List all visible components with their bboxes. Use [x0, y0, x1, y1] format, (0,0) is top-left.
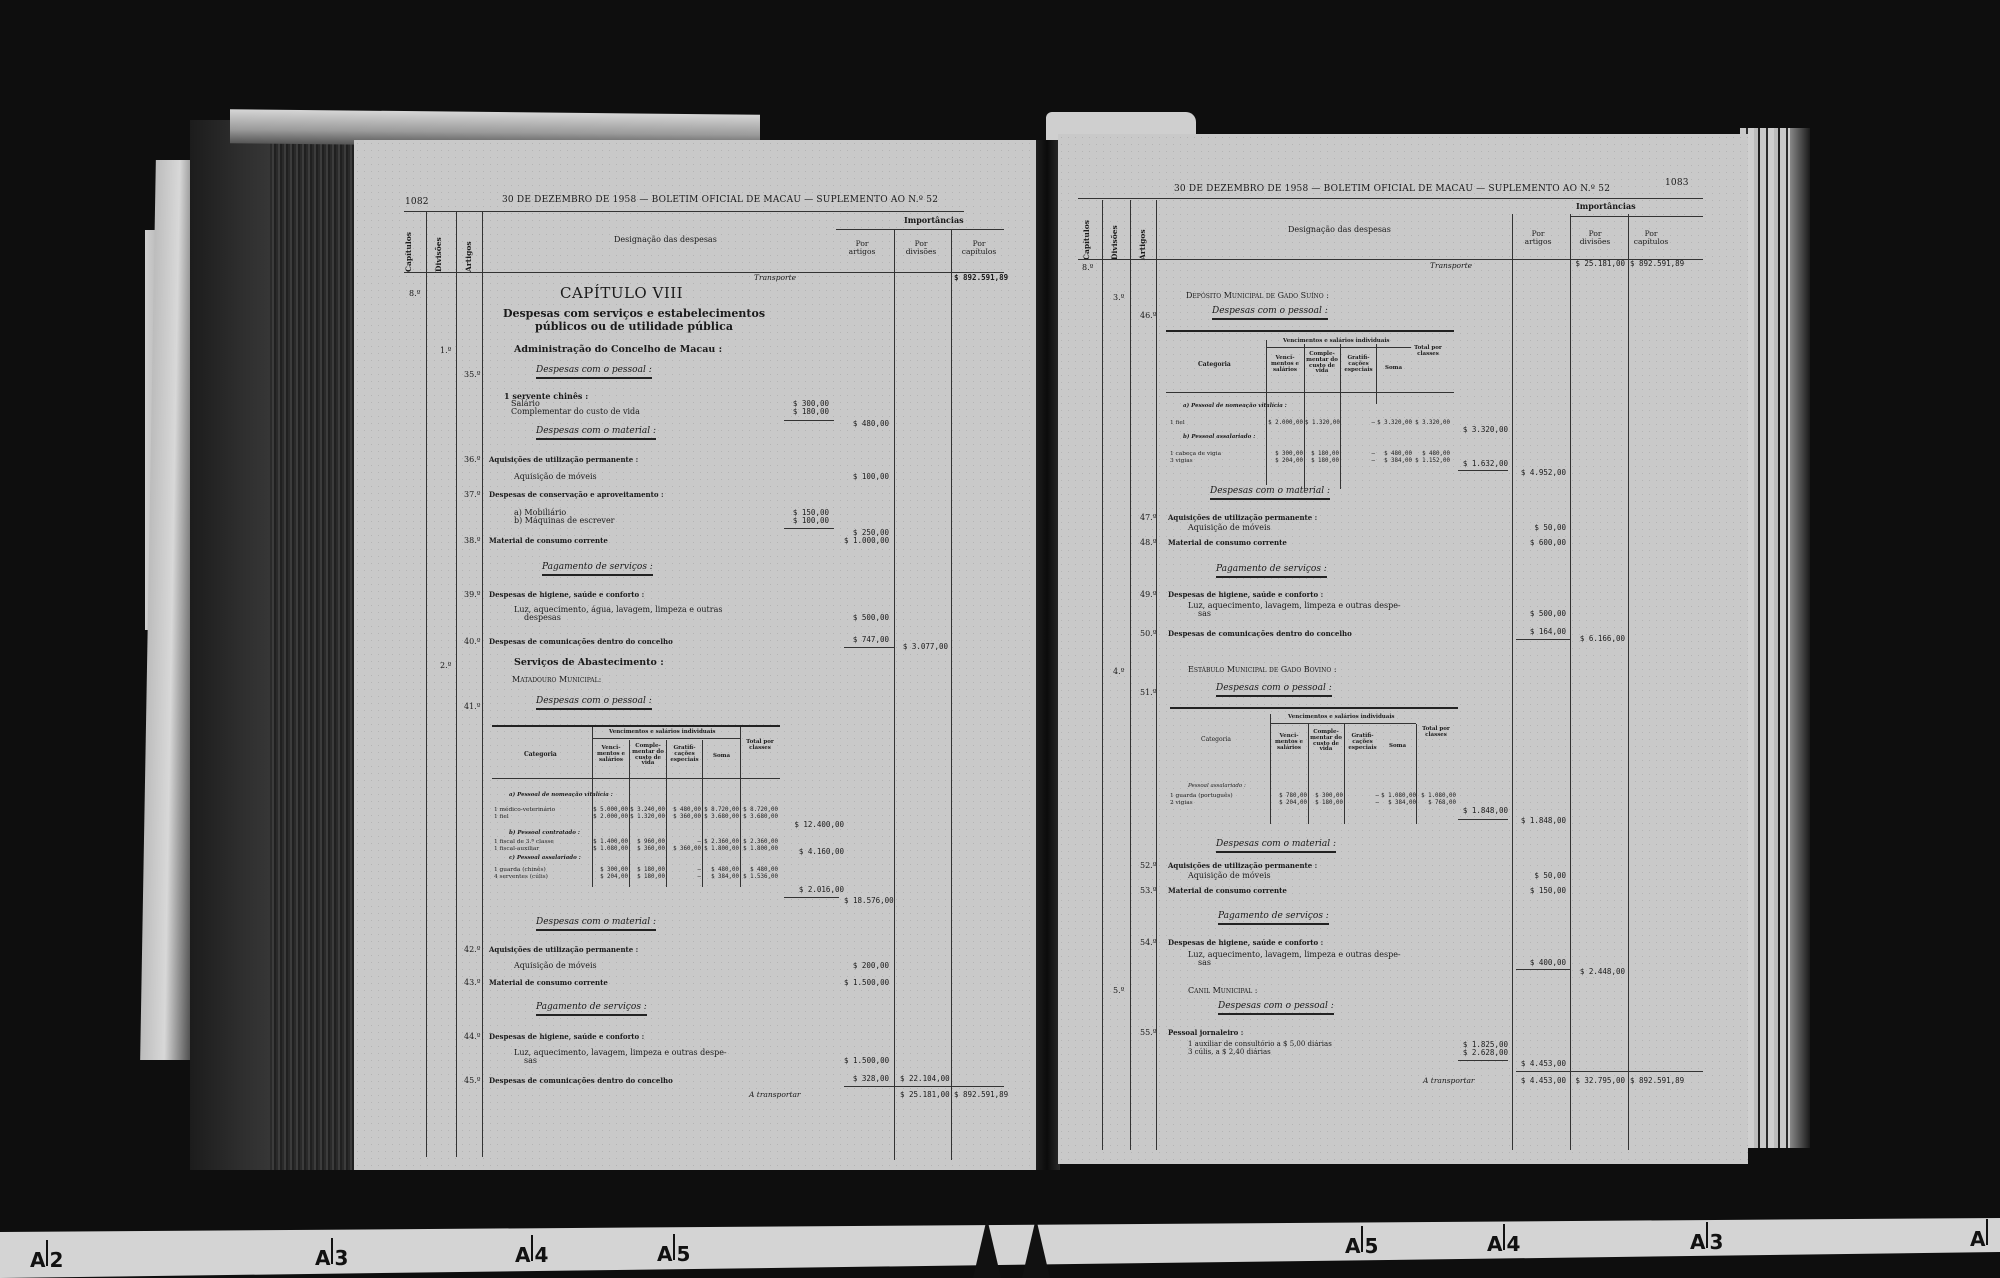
- article-number: 54.º: [1140, 939, 1156, 947]
- line-label: Material de consumo corrente: [489, 979, 608, 986]
- table-header: Soma: [1376, 366, 1411, 372]
- a-transportar-label: A transportar: [1423, 1077, 1475, 1085]
- line-value: $ 747,00: [844, 636, 889, 644]
- line-value: $ 164,00: [1516, 628, 1566, 636]
- capitulo-number: 8.º: [409, 290, 420, 298]
- section-heading: Pagamento de serviços :: [542, 563, 653, 576]
- line-label: sas: [1198, 959, 1211, 967]
- division-number: 2.º: [440, 662, 451, 670]
- section-heading: Despesas com o pessoal :: [1218, 1002, 1334, 1015]
- table-header: Vencimentos e salários individuais: [1283, 339, 1390, 345]
- table-cell-value: —: [1341, 452, 1375, 458]
- line-label: Luz, aquecimento, lavagem, limpeza e out…: [514, 1049, 727, 1057]
- col-por-artigos: Por artigos: [842, 240, 882, 255]
- table-header: Categoria: [1198, 362, 1231, 368]
- table-cell-value: $ 204,00: [593, 875, 628, 881]
- line-value: $ 50,00: [1516, 524, 1566, 532]
- table-cell-value: —: [667, 868, 701, 874]
- article-number: 35.º: [464, 371, 480, 379]
- table-cell-value: $ 2.000,00: [1267, 421, 1303, 427]
- film-marker-right: A: [1970, 1219, 1989, 1251]
- article-total: $ 1.848,00: [1516, 817, 1566, 825]
- col-divisoes: Divisões: [434, 237, 443, 272]
- table-cell-value: $ 180,00: [630, 875, 665, 881]
- table-cell-value: $ 480,00: [1376, 452, 1412, 458]
- table-cell-value: $ 480,00: [703, 868, 739, 874]
- table-header: Venci- mentos e salários: [1271, 734, 1307, 751]
- col-por-capitulos: Por capítulos: [1628, 230, 1674, 245]
- table-cell-category: 1 fiel: [1170, 421, 1185, 427]
- capitulo-title: CAPÍTULO VIII: [560, 286, 683, 301]
- division-number: 5.º: [1113, 987, 1124, 995]
- line-label: b) Máquinas de escrever: [514, 517, 615, 525]
- film-marker-right: A3: [1690, 1222, 1723, 1254]
- table-cell-value: $ 360,00: [667, 847, 701, 853]
- page-number: 1082: [405, 198, 429, 207]
- table-cell-value: —: [667, 875, 701, 881]
- article-number: 43.º: [464, 979, 480, 987]
- line-value: $ 200,00: [844, 962, 889, 970]
- article-number: 36.º: [464, 456, 480, 464]
- section-heading: Pagamento de serviços :: [1216, 565, 1327, 578]
- table-header: Venci- mentos e salários: [1267, 356, 1303, 373]
- line-label: sas: [524, 1057, 537, 1065]
- line-value: $ 1.500,00: [844, 979, 889, 987]
- line-label: Despesas de conservação e aproveitamento…: [489, 491, 664, 498]
- table-cell-value: $ 480,00: [742, 868, 778, 874]
- line-label: Despesas de comunicações dentro do conce…: [489, 638, 673, 645]
- division-total: $ 2.448,00: [1573, 968, 1625, 976]
- table-cell-category: 1 fiscal-auxiliar: [494, 847, 539, 853]
- film-marker-right: A4: [1487, 1224, 1520, 1256]
- table-cell-value: $ 204,00: [1271, 801, 1307, 807]
- line-label: Aquisições de utilização permanente :: [489, 456, 638, 463]
- table-subtotal: $ 4.160,00: [794, 848, 844, 856]
- line-label: 1 auxiliar de consultório a $ 5,00 diári…: [1188, 1041, 1332, 1048]
- article-number: 41.º: [464, 703, 480, 711]
- line-label: Material de consumo corrente: [489, 537, 608, 544]
- line-label: Despesas de higiene, saúde e conforto :: [489, 591, 644, 598]
- table-header: Total por classes: [1410, 346, 1446, 358]
- subsection-title: Estábulo Municipal de Gado Bovino :: [1188, 666, 1337, 674]
- article-number: 48.º: [1140, 539, 1156, 547]
- table-cell-value: $ 1.320,00: [1305, 421, 1339, 427]
- a-transportar-chapters: $ 892.591,89: [954, 1091, 1002, 1099]
- table-cell-value: $ 180,00: [1305, 459, 1339, 465]
- table-cell-value: —: [1341, 459, 1375, 465]
- table-subtotal: $ 2.016,00: [794, 886, 844, 894]
- line-label: Luz, aquecimento, lavagem, limpeza e out…: [1188, 602, 1401, 610]
- line-label: Despesas de higiene, saúde e conforto :: [1168, 939, 1323, 946]
- film-marker-left: A2: [30, 1240, 63, 1272]
- table-header: Comple- mentar do custo de vida: [1305, 352, 1339, 375]
- table-header: Venci- mentos e salários: [593, 746, 629, 763]
- line-label: Aquisição de móveis: [1188, 524, 1271, 532]
- table-cell-value: $ 1.152,00: [1410, 459, 1450, 465]
- article-number: 49.º: [1140, 591, 1156, 599]
- table-group-label: b) Pessoal contratado :: [509, 831, 580, 837]
- section-heading: Despesas com o material :: [536, 918, 656, 931]
- line-label: Material de consumo corrente: [1168, 887, 1287, 894]
- table-group-label: c) Pessoal assalariado :: [509, 856, 581, 862]
- table-cell-value: $ 384,00: [1376, 459, 1412, 465]
- col-por-divisoes: Por divisões: [899, 240, 943, 255]
- line-value: $ 500,00: [1516, 610, 1566, 618]
- table-cell-value: $ 1.400,00: [593, 840, 628, 846]
- article-total: $ 4.952,00: [1516, 469, 1566, 477]
- line-label: Aquisição de móveis: [1188, 872, 1271, 880]
- book-gutter: [1034, 140, 1060, 1170]
- table-cell-value: $ 3.680,00: [742, 815, 778, 821]
- article-total: $ 480,00: [844, 420, 889, 428]
- section-heading: Despesas com o pessoal :: [536, 697, 652, 710]
- table-header: Categoria: [524, 752, 557, 758]
- line-label: Complementar do custo de vida: [511, 408, 640, 416]
- table-subtotal: $ 1.848,00: [1458, 807, 1508, 815]
- table-cell-value: $ 480,00: [667, 808, 701, 814]
- line-value: $ 400,00: [1516, 959, 1566, 967]
- line-label: Luz, aquecimento, lavagem, limpeza e out…: [1188, 951, 1401, 959]
- division-number: 4.º: [1113, 668, 1124, 676]
- col-importancias: Importâncias: [904, 216, 964, 224]
- table-header: Comple- mentar do custo de vida: [1309, 730, 1343, 753]
- division-number: 3.º: [1113, 294, 1124, 302]
- line-label: Aquisições de utilização permanente :: [489, 946, 638, 953]
- line-value: $ 50,00: [1516, 872, 1566, 880]
- table-cell-value: $ 1.536,00: [742, 875, 778, 881]
- table-cell-category: 1 médico-veterinário: [494, 808, 555, 814]
- subsection-title: Canil Municipal :: [1188, 987, 1257, 995]
- table-cell-value: $ 360,00: [667, 815, 701, 821]
- a-transportar-chapters: $ 892.591,89: [1630, 1077, 1682, 1085]
- table-cell-value: $ 1.800,00: [703, 847, 739, 853]
- table-cell-category: 1 guarda (chinês): [494, 868, 546, 874]
- article-number: 39.º: [464, 591, 480, 599]
- line-value: $ 1.500,00: [844, 1057, 889, 1065]
- line-value: $ 1.000,00: [844, 537, 889, 545]
- subsection-title: Depósito Municipal de Gado Suíno :: [1186, 292, 1329, 300]
- article-number: 37.º: [464, 491, 480, 499]
- running-head: 30 DE DEZEMBRO DE 1958 — BOLETIM OFICIAL…: [1174, 185, 1610, 194]
- col-capitulos: Capítulos: [404, 232, 413, 272]
- table-cell-value: $ 1.080,00: [1380, 794, 1416, 800]
- table-cell-category: 2 vigias: [1170, 801, 1193, 807]
- line-label: Despesas de higiene, saúde e conforto :: [489, 1033, 644, 1040]
- table-cell-category: 1 fiscal de 3.ª classe: [494, 840, 554, 846]
- line-label: despesas: [524, 614, 561, 622]
- transporte-chapters: $ 892.591,89: [1630, 260, 1682, 268]
- line-value: $ 100,00: [784, 517, 829, 525]
- line-label: 3 cúlis, a $ 2,40 diárias: [1188, 1049, 1271, 1056]
- table-cell-value: $ 8.720,00: [703, 808, 739, 814]
- table-cell-value: $ 780,00: [1271, 794, 1307, 800]
- article-number: 55.º: [1140, 1029, 1156, 1037]
- a-transportar-divisions: $ 32.795,00: [1573, 1077, 1625, 1085]
- table-cell-value: $ 180,00: [1305, 452, 1339, 458]
- table-cell-value: $ 3.320,00: [1376, 421, 1412, 427]
- book-edge-shadow: [1790, 128, 1810, 1148]
- col-designacao: Designação das despesas: [1288, 226, 1391, 234]
- line-label: sas: [1198, 610, 1211, 618]
- table-cell-category: 3 vigias: [1170, 459, 1193, 465]
- table-header: Soma: [703, 754, 740, 760]
- table-header: Gratifi- cações especiais: [667, 746, 702, 763]
- line-label: Despesas de higiene, saúde e conforto :: [1168, 591, 1323, 598]
- table-header: Comple- mentar do custo de vida: [630, 744, 666, 767]
- division-total: $ 22.104,00: [900, 1075, 948, 1083]
- line-label: Pessoal jornaleiro :: [1168, 1029, 1243, 1036]
- line-label: Despesas de comunicações dentro do conce…: [1168, 630, 1352, 637]
- line-label: Despesas de comunicações dentro do conce…: [489, 1077, 673, 1084]
- line-value: $ 150,00: [1516, 887, 1566, 895]
- table-header: Categoria: [1201, 737, 1231, 743]
- line-value: $ 2.628,00: [1458, 1049, 1508, 1057]
- table-cell-value: $ 3.240,00: [630, 808, 665, 814]
- section-heading: Despesas com o pessoal :: [1212, 307, 1328, 320]
- table-header: Gratifi- cações especiais: [1341, 356, 1376, 373]
- article-total: $ 18.576,00: [844, 897, 889, 905]
- film-marker-left: A5: [657, 1234, 690, 1266]
- running-head: 30 DE DEZEMBRO DE 1958 — BOLETIM OFICIAL…: [502, 196, 938, 205]
- table-cell-value: $ 2.360,00: [742, 840, 778, 846]
- table-cell-value: $ 360,00: [630, 847, 665, 853]
- table-cell-value: $ 1.320,00: [630, 815, 665, 821]
- article-total: $ 4.453,00: [1516, 1060, 1566, 1068]
- col-importancias: Importâncias: [1576, 202, 1636, 210]
- right-page: 30 DE DEZEMBRO DE 1958 — BOLETIM OFICIAL…: [1058, 134, 1748, 1164]
- division-total: $ 6.166,00: [1573, 635, 1625, 643]
- section-heading: Pagamento de serviços :: [536, 1003, 647, 1016]
- line-value: $ 500,00: [844, 614, 889, 622]
- transporte-divisions: $ 25.181,00: [1573, 260, 1625, 268]
- table-cell-value: $ 204,00: [1267, 459, 1303, 465]
- film-marker-left: A3: [315, 1238, 348, 1270]
- table-cell-value: $ 1.800,00: [742, 847, 778, 853]
- a-transportar-label: A transportar: [749, 1091, 801, 1099]
- table-cell-value: $ 180,00: [630, 868, 665, 874]
- film-notch-right: [1022, 1218, 1050, 1278]
- col-por-divisoes: Por divisões: [1573, 230, 1617, 245]
- division-title: Administração do Concelho de Macau :: [514, 345, 722, 355]
- table-cell-value: —: [1345, 794, 1379, 800]
- article-number: 51.º: [1140, 689, 1156, 697]
- table-header: Vencimentos e salários individuais: [1288, 715, 1395, 721]
- a-transportar-articles: $ 4.453,00: [1516, 1077, 1566, 1085]
- table-cell-value: $ 3.680,00: [703, 815, 739, 821]
- transporte-label: Transporte: [754, 274, 796, 282]
- section-heading: Despesas com o pessoal :: [536, 366, 652, 379]
- table-subtotal: $ 3.320,00: [1458, 426, 1508, 434]
- transporte-label: Transporte: [1430, 262, 1472, 270]
- table-cell-category: 1 guarda (português): [1170, 794, 1233, 800]
- col-artigos: Artigos: [464, 241, 473, 272]
- table-cell-value: $ 8.720,00: [742, 808, 778, 814]
- col-artigos: Artigos: [1138, 229, 1147, 260]
- article-number: 38.º: [464, 537, 480, 545]
- table-header: Gratifi- cações especiais: [1345, 734, 1380, 751]
- table-cell-value: $ 960,00: [630, 840, 665, 846]
- table-cell-value: $ 384,00: [1380, 801, 1416, 807]
- line-label: Aquisições de utilização permanente :: [1168, 862, 1317, 869]
- table-cell-value: $ 180,00: [1309, 801, 1343, 807]
- table-header: Total por classes: [1418, 727, 1454, 739]
- film-notch-left: [973, 1218, 1001, 1278]
- article-number: 53.º: [1140, 887, 1156, 895]
- left-page: 1082 30 DE DEZEMBRO DE 1958 — BOLETIM OF…: [354, 140, 1036, 1170]
- transporte-value: $ 892.591,89: [954, 274, 1002, 282]
- table-group-label: a) Pessoal de nomeação vitalícia :: [509, 793, 613, 799]
- col-por-capitulos: Por capítulos: [956, 240, 1002, 255]
- table-header: Vencimentos e salários individuais: [609, 730, 716, 736]
- division-title: Serviços de Abastecimento :: [514, 658, 664, 668]
- table-cell-value: —: [1341, 421, 1375, 427]
- section-heading: Despesas com o material :: [536, 427, 656, 440]
- film-marker-left: A4: [515, 1235, 548, 1267]
- table-cell-value: —: [1345, 801, 1379, 807]
- table-cell-value: $ 384,00: [703, 875, 739, 881]
- page-number: 1083: [1665, 179, 1689, 188]
- article-number: 52.º: [1140, 862, 1156, 870]
- table-cell-category: 1 fiel: [494, 815, 509, 821]
- film-marker-right: A5: [1345, 1226, 1378, 1258]
- article-number: 45.º: [464, 1077, 480, 1085]
- article-number: 50.º: [1140, 630, 1156, 638]
- division-total: $ 3.077,00: [900, 643, 948, 651]
- table-cell-value: $ 1.080,00: [1418, 794, 1456, 800]
- section-heading: Despesas com o material :: [1216, 840, 1336, 853]
- line-label: Material de consumo corrente: [1168, 539, 1287, 546]
- table-cell-value: —: [667, 840, 701, 846]
- table-subtotal: $ 12.400,00: [794, 821, 844, 829]
- capitulo-number: 8.º: [1082, 264, 1093, 272]
- col-divisoes: Divisões: [1110, 225, 1119, 260]
- table-cell-category: 4 serventes (cúlis): [494, 875, 548, 881]
- capitulo-desc-2: públicos ou de utilidade pública: [494, 321, 774, 332]
- article-number: 40.º: [464, 638, 480, 646]
- table-cell-value: $ 2.000,00: [593, 815, 628, 821]
- book-page-block-left: [190, 120, 360, 1170]
- col-capitulos: Capítulos: [1082, 220, 1091, 260]
- section-heading: Pagamento de serviços :: [1218, 912, 1329, 925]
- table-cell-value: $ 768,00: [1418, 801, 1456, 807]
- table-cell-value: $ 480,00: [1410, 452, 1450, 458]
- table-cell-value: $ 5.000,00: [593, 808, 628, 814]
- table-cell-category: 1 cabeça de vigia: [1170, 452, 1221, 458]
- article-number: 44.º: [464, 1033, 480, 1041]
- article-number: 42.º: [464, 946, 480, 954]
- article-number: 46.º: [1140, 312, 1156, 320]
- line-value: $ 600,00: [1516, 539, 1566, 547]
- table-subtotal: $ 1.632,00: [1458, 460, 1508, 468]
- a-transportar-divisions: $ 25.181,00: [900, 1091, 948, 1099]
- col-por-artigos: Por artigos: [1518, 230, 1558, 245]
- line-value: $ 180,00: [784, 408, 829, 416]
- col-designacao: Designação das despesas: [614, 236, 717, 244]
- section-heading: Despesas com o pessoal :: [1216, 684, 1332, 697]
- line-label: Aquisição de móveis: [514, 962, 597, 970]
- line-value: $ 328,00: [844, 1075, 889, 1083]
- table-group-label: Pessoal assalariado :: [1188, 784, 1246, 790]
- section-heading: Despesas com o material :: [1210, 487, 1330, 500]
- article-number: 47.º: [1140, 514, 1156, 522]
- table-cell-value: $ 300,00: [1267, 452, 1303, 458]
- subsection-title: Matadouro Municipal:: [512, 676, 601, 684]
- table-group-label: b) Pessoal assalariado :: [1183, 435, 1255, 441]
- table-cell-value: $ 300,00: [1309, 794, 1343, 800]
- table-cell-value: $ 2.360,00: [703, 840, 739, 846]
- table-group-label: a) Pessoal de nomeação vitalícia :: [1183, 404, 1287, 410]
- line-label: Aquisições de utilização permanente :: [1168, 514, 1317, 521]
- line-label: Aquisição de móveis: [514, 473, 597, 481]
- table-cell-value: $ 3.320,00: [1410, 421, 1450, 427]
- table-cell-value: $ 300,00: [593, 868, 628, 874]
- table-header: Soma: [1380, 744, 1415, 750]
- line-value: $ 100,00: [844, 473, 889, 481]
- table-cell-value: $ 1.080,00: [593, 847, 628, 853]
- table-header: Total por classes: [742, 740, 778, 752]
- capitulo-desc-1: Despesas com serviços e estabelecimentos: [494, 308, 774, 319]
- division-number: 1.º: [440, 347, 451, 355]
